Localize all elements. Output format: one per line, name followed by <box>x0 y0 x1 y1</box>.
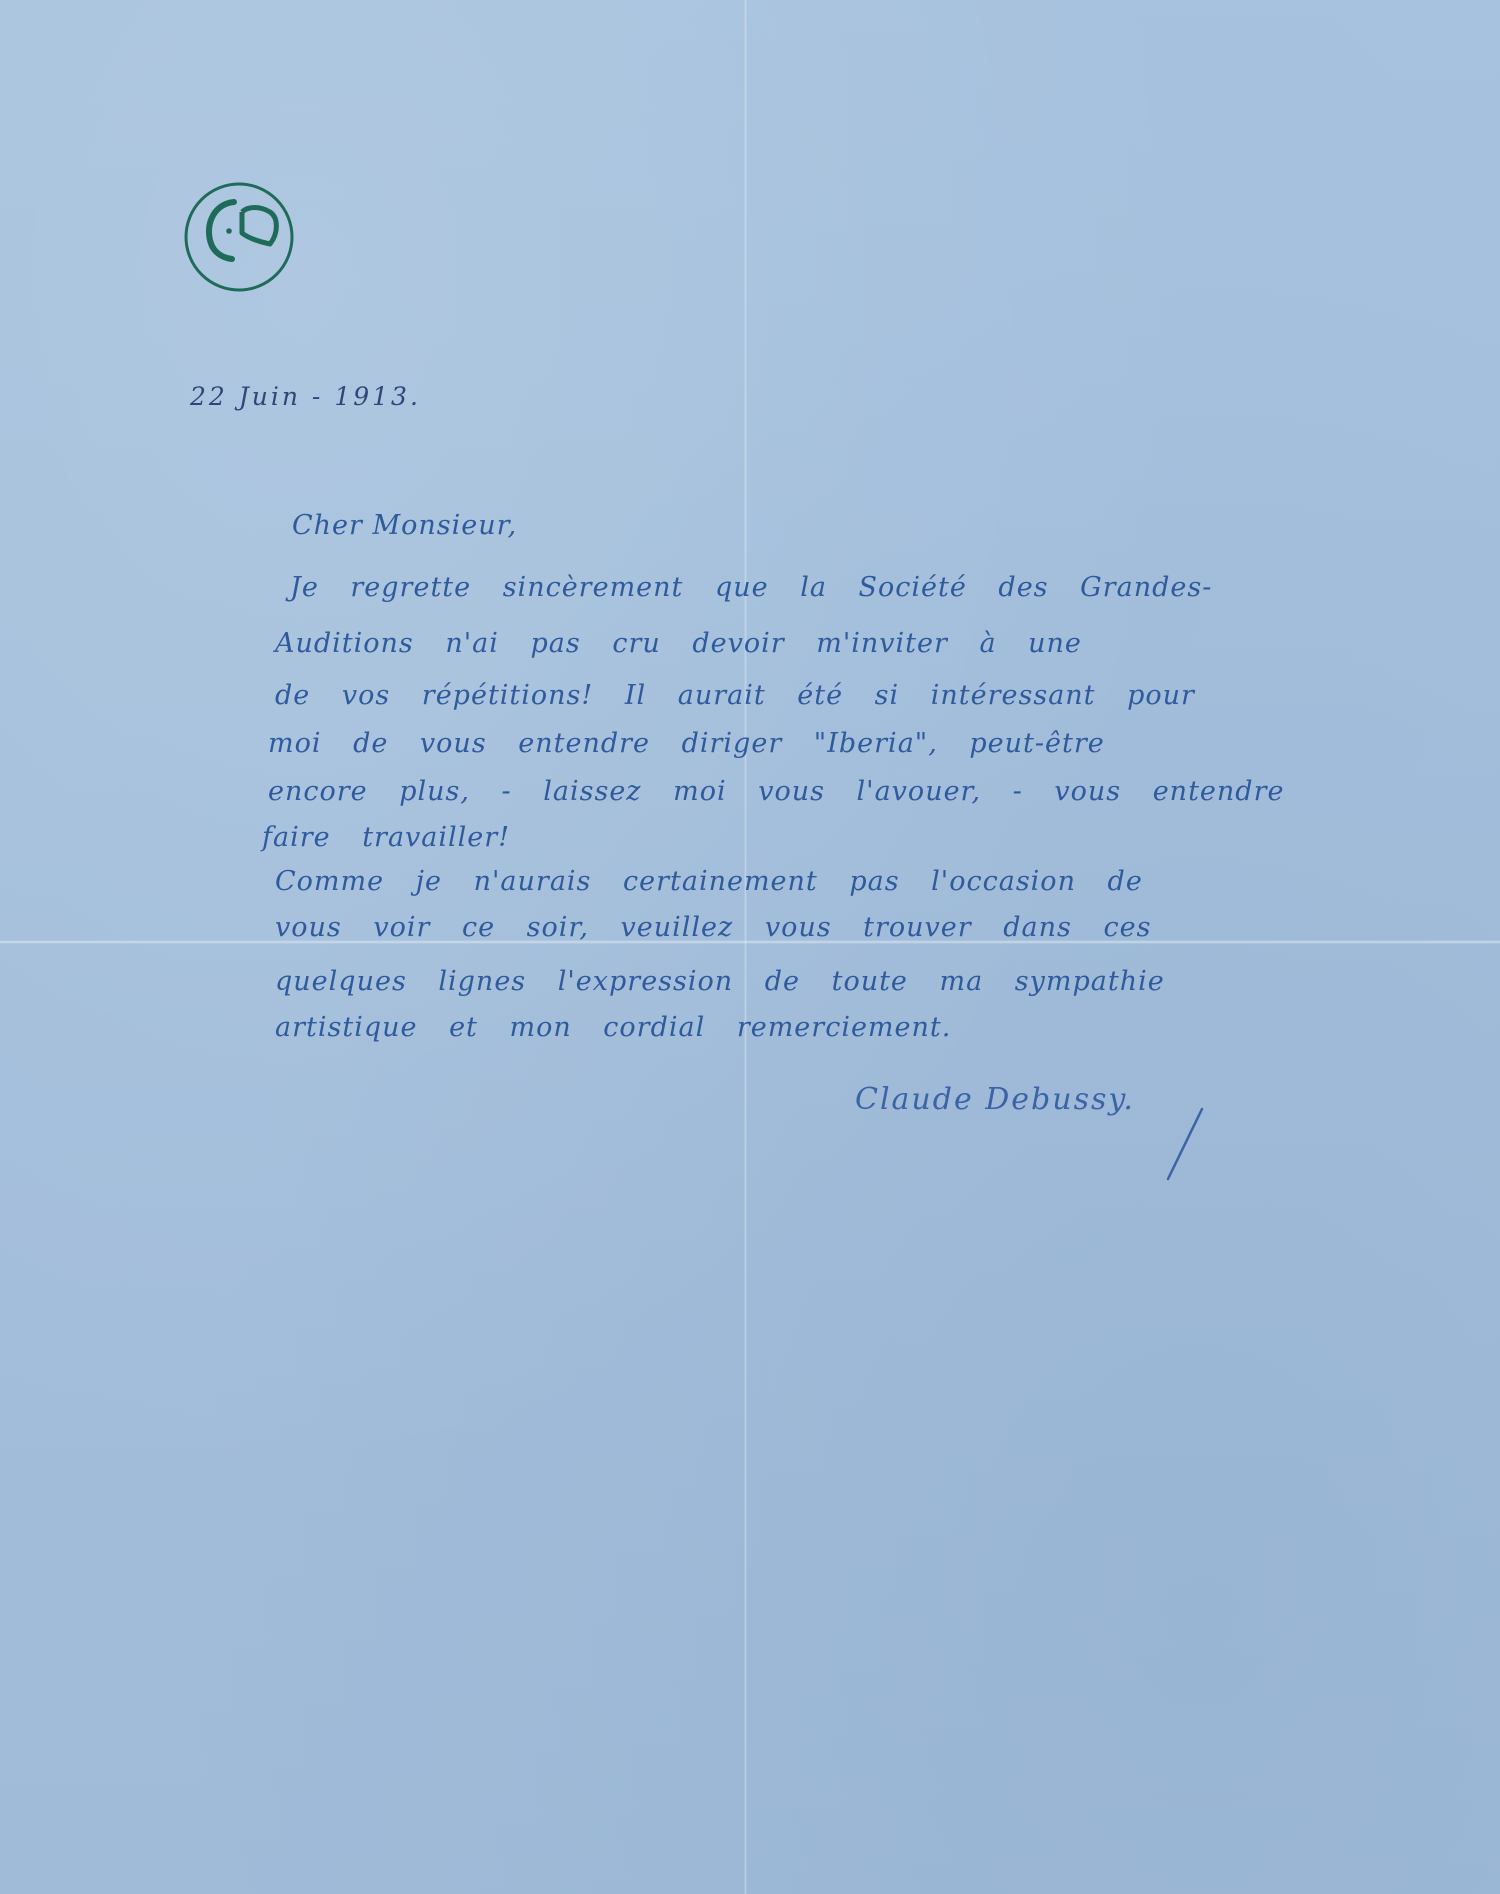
cd-monogram-icon <box>182 180 296 294</box>
letter-body-line: quelques lignes l'expression de toute ma… <box>275 966 1165 997</box>
signature-flourish-icon <box>1160 1105 1220 1185</box>
letter-body-line: encore plus, - laissez moi vous l'avouer… <box>268 776 1284 807</box>
letter-page: 22 Juin - 1913. Cher Monsieur, Je regret… <box>0 0 1500 1894</box>
signature: Claude Debussy. <box>855 1082 1135 1117</box>
letter-body-line: de vos répétitions! Il aurait été si int… <box>275 680 1195 711</box>
letter-body-line: Je regrette sincèrement que la Société d… <box>290 572 1212 603</box>
letter-body-line: moi de vous entendre diriger "Iberia", p… <box>268 728 1105 759</box>
letter-body-line: Auditions n'ai pas cru devoir m'inviter … <box>275 628 1082 659</box>
vertical-fold-crease <box>744 0 747 1894</box>
letter-body-line: Comme je n'aurais certainement pas l'occ… <box>275 866 1143 897</box>
letter-body-line: faire travailler! <box>262 822 510 853</box>
letter-date: 22 Juin - 1913. <box>190 382 421 411</box>
letter-body-line: artistique et mon cordial remerciement. <box>275 1012 951 1043</box>
letter-body-line: vous voir ce soir, veuillez vous trouver… <box>275 912 1151 943</box>
letter-salutation: Cher Monsieur, <box>292 510 517 541</box>
